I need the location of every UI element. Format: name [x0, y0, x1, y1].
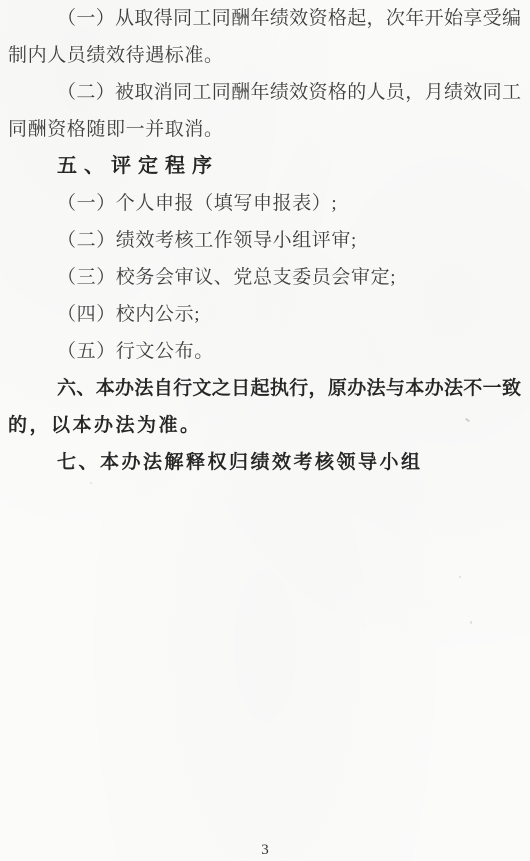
- section-heading-five: 五、评定程序: [8, 148, 521, 185]
- list-item: （一）个人申报（填写申报表）;: [8, 185, 521, 222]
- scan-artifact: [90, 482, 92, 484]
- section-heading-seven: 七、本办法解释权归绩效考核领导小组: [8, 444, 521, 481]
- paragraph-line: （一）从取得同工同酬年绩效资格起，次年开始享受编: [8, 0, 521, 37]
- document-page: （一）从取得同工同酬年绩效资格起，次年开始享受编 制内人员绩效待遇标准。 （二）…: [0, 0, 530, 861]
- list-item: （二）绩效考核工作领导小组评审;: [8, 222, 521, 259]
- paragraph-line: 制内人员绩效待遇标准。: [8, 37, 521, 74]
- paragraph-line: （二）被取消同工同酬年绩效资格的人员，月绩效同工: [8, 74, 521, 111]
- page-number: 3: [0, 842, 530, 859]
- section-heading-six-continued: 的，以本办法为准。: [8, 407, 521, 444]
- paragraph-line: 同酬资格随即一并取消。: [8, 111, 521, 148]
- list-item: （三）校务会审议、党总支委员会审定;: [8, 259, 521, 296]
- document-body: （一）从取得同工同酬年绩效资格起，次年开始享受编 制内人员绩效待遇标准。 （二）…: [8, 0, 521, 481]
- list-item: （五）行文公布。: [8, 333, 521, 370]
- scan-artifact: [470, 621, 472, 624]
- section-heading-six: 六、本办法自行文之日起执行，原办法与本办法不一致: [8, 370, 521, 407]
- scan-artifact: [459, 576, 461, 578]
- list-item: （四）校内公示;: [8, 296, 521, 333]
